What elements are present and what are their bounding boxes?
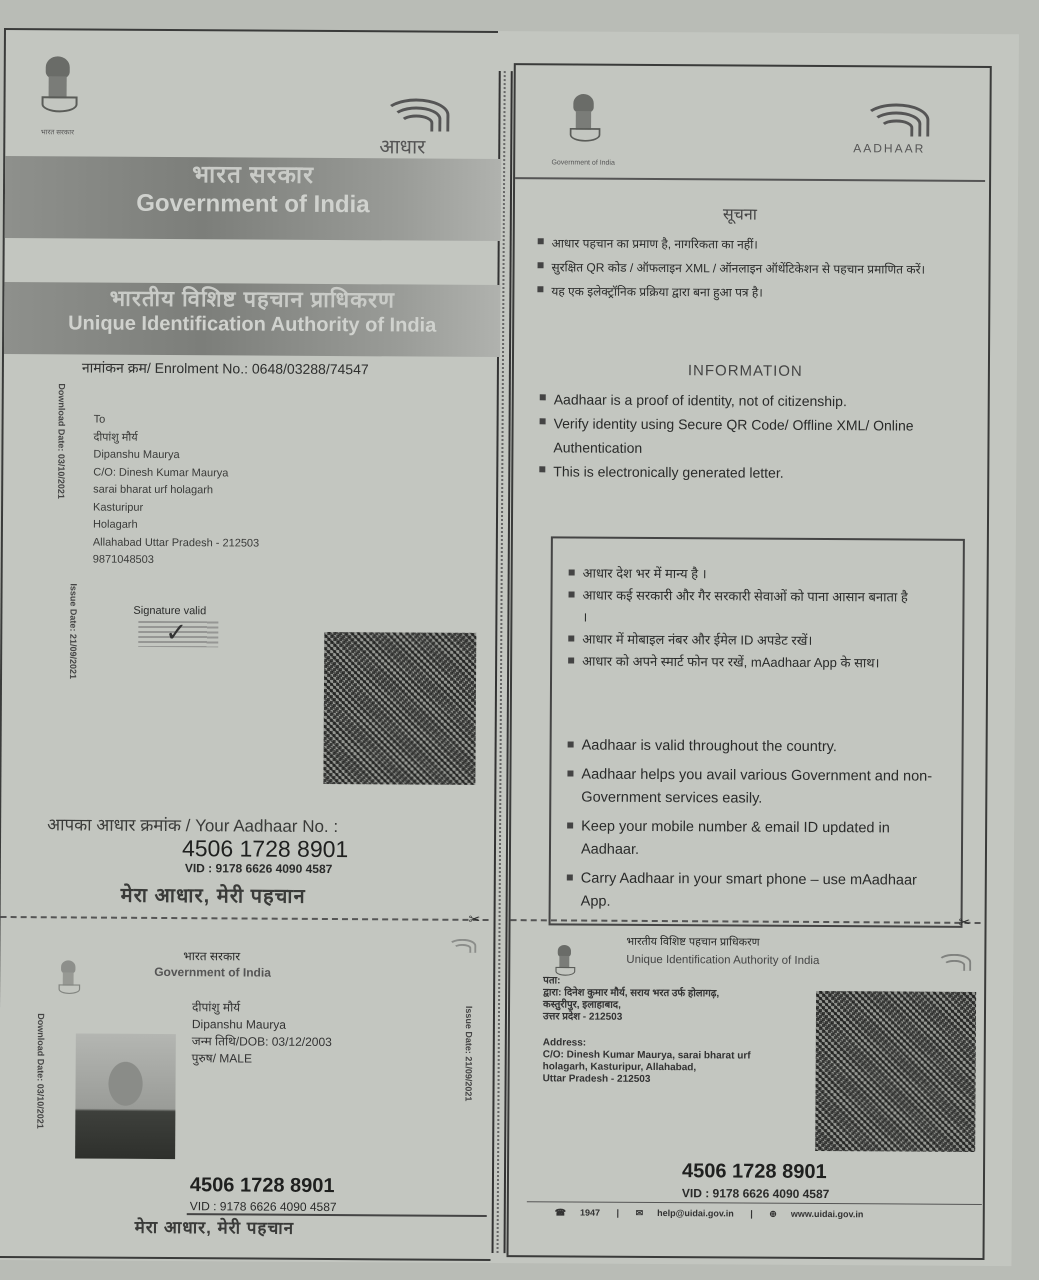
aadhaar-logo-text: आधार <box>379 132 425 159</box>
english-info-title: INFORMATION <box>688 362 803 380</box>
address-line: दीपांशु मौर्य <box>93 429 259 448</box>
scissors-icon: ✂ <box>959 914 971 931</box>
holder-name: Dipanshu Maurya <box>192 1016 332 1034</box>
enrolment-label: नामांकन क्रम/ Enrolment No.: <box>82 359 248 376</box>
list-item: Verify identity using Secure QR Code/ Of… <box>539 411 979 462</box>
hindi-info-list: आधार पहचान का प्रमाण है, नागरिकता का नही… <box>537 231 937 305</box>
contact-footer: ☎1947 | ✉help@uidai.gov.in | ⊕www.uidai.… <box>555 1207 878 1220</box>
national-emblem-icon <box>553 945 575 978</box>
address-line: द्वारा: दिनेश कुमार मौर्य, सराय भरत उर्फ… <box>543 987 719 1000</box>
list-item: यह एक इलेक्ट्रॉनिक प्रक्रिया द्वारा बना … <box>537 279 937 305</box>
list-item: Aadhaar is valid throughout the country. <box>568 734 938 759</box>
gov-hindi: भारत सरकार <box>5 156 501 192</box>
card-authority-hindi: भारतीय विशिष्ट पहचान प्राधिकरण <box>626 934 759 950</box>
aadhaar-fingerprint-logo-icon: AADHAAR <box>853 99 943 170</box>
aadhaar-letter-sheet: भारत सरकार आधार भारत सरकार Government of… <box>0 28 1019 1266</box>
address-line: 9871048503 <box>93 552 259 571</box>
list-item: आधार में मोबाइल नंबर और ईमेल ID अपडेट रख… <box>568 628 908 652</box>
phone-icon: ☎ <box>555 1207 566 1217</box>
checkmark-icon: ✓ <box>165 617 187 648</box>
slogan: मेरा आधार, मेरी पहचान <box>121 881 306 909</box>
list-item: आधार कई सरकारी और गैर सरकारी सेवाओं को प… <box>568 584 908 630</box>
website: www.uidai.gov.in <box>791 1209 864 1219</box>
help-email: help@uidai.gov.in <box>657 1208 734 1218</box>
card-slogan: मेरा आधार, मेरी पहचान <box>135 1215 295 1239</box>
list-item: सुरक्षित QR कोड / ऑफलाइन XML / ऑनलाइन ऑथ… <box>537 255 937 281</box>
aadhaar-fingerprint-logo-icon <box>933 952 973 982</box>
uidai-banner: भारतीय विशिष्ट पहचान प्राधिकरण Unique Id… <box>4 282 500 357</box>
list-item: आधार को अपने स्मार्ट फोन पर रखें, mAadha… <box>568 650 908 674</box>
gov-english: Government of India <box>5 189 501 220</box>
holder-photo <box>75 1033 176 1159</box>
card-address-hindi: पता: द्वारा: दिनेश कुमार मौर्य, सराय भरत… <box>543 975 719 1024</box>
recipient-address: To दीपांशु मौर्य Dipanshu Maurya C/O: Di… <box>93 412 260 571</box>
card-download-date: Download Date: 03/10/2021 <box>35 1013 46 1129</box>
address-line: कस्तुरीपुर, इलाहाबाद, <box>543 999 719 1012</box>
aadhaar-logo-text: AADHAAR <box>853 141 925 155</box>
card-issue-date: Issue Date: 21/09/2021 <box>463 1006 474 1102</box>
address-line: Dipanshu Maurya <box>93 447 259 466</box>
hindi-benefits-list: आधार देश भर में मान्य है । आधार कई सरकार… <box>568 562 909 674</box>
address-line: Holagarh <box>93 517 259 536</box>
card-gov-hindi: भारत सरकार <box>183 947 240 964</box>
globe-icon: ⊕ <box>769 1209 777 1219</box>
uidai-english: Unique Identification Authority of India <box>4 312 500 338</box>
list-item: Aadhaar is a proof of identity, not of c… <box>540 387 980 414</box>
list-item: Aadhaar helps you avail various Governme… <box>567 763 937 811</box>
aadhaar-fingerprint-logo-icon: आधार <box>363 92 453 163</box>
list-item: This is electronically generated letter. <box>539 459 979 486</box>
holder-name-hindi: दीपांशु मौर्य <box>192 999 332 1017</box>
card-vid: VID : 9178 6626 4090 4587 <box>190 1199 337 1214</box>
enrolment-number: नामांकन क्रम/ Enrolment No.: 0648/03288/… <box>82 358 369 379</box>
uidai-hindi: भारतीय विशिष्ट पहचान प्राधिकरण <box>4 282 500 315</box>
vid-number: VID : 9178 6626 4090 4587 <box>185 861 333 876</box>
national-emblem-icon <box>566 94 600 145</box>
scissors-icon: ✂ <box>469 911 481 928</box>
helpline-number: 1947 <box>580 1208 600 1218</box>
holder-details: दीपांशु मौर्य Dipanshu Maurya जन्म तिथि/… <box>192 999 332 1068</box>
download-date: Download Date: 03/10/2021 <box>56 383 67 499</box>
address-label-hindi: पता: <box>543 975 719 988</box>
address-line: Uttar Pradesh - 212503 <box>543 1073 751 1086</box>
aadhaar-fingerprint-logo-icon <box>446 937 476 961</box>
address-line: To <box>94 412 260 431</box>
address-line: Kasturipur <box>93 499 259 518</box>
address-line: Allahabad Uttar Pradesh - 212503 <box>93 534 259 553</box>
list-item: Carry Aadhaar in your smart phone – use … <box>567 867 937 915</box>
enrolment-value: 0648/03288/74547 <box>252 361 369 378</box>
emblem-caption: Government of India <box>538 159 628 167</box>
english-benefits-list: Aadhaar is valid throughout the country.… <box>567 734 938 915</box>
english-info-list: Aadhaar is a proof of identity, not of c… <box>539 387 980 486</box>
signature-valid-label: Signature valid <box>133 605 206 617</box>
benefits-box: आधार देश भर में मान्य है । आधार कई सरकार… <box>549 536 965 928</box>
hindi-info-title: सूचना <box>723 202 757 224</box>
address-line: sarai bharat urf holagarh <box>93 482 259 501</box>
card-authority-english: Unique Identification Authority of India <box>626 954 819 967</box>
card-aadhaar-number: 4506 1728 8901 <box>190 1174 335 1198</box>
address-line: C/O: Dinesh Kumar Maurya <box>93 464 259 483</box>
government-banner: भारत सरकार Government of India <box>5 156 501 241</box>
card-address-english: Address: C/O: Dinesh Kumar Maurya, sarai… <box>543 1037 751 1086</box>
secure-qr-code <box>323 632 476 785</box>
card-back-vid: VID : 9178 6626 4090 4587 <box>682 1186 830 1201</box>
address-line: उत्तर प्रदेश - 212503 <box>543 1011 719 1024</box>
list-item: आधार पहचान का प्रमाण है, नागरिकता का नही… <box>538 231 938 257</box>
holder-dob: जन्म तिथि/DOB: 03/12/2003 <box>192 1033 332 1051</box>
email-icon: ✉ <box>636 1208 644 1218</box>
card-gov-english: Government of India <box>154 965 271 980</box>
card-back-aadhaar-number: 4506 1728 8901 <box>682 1160 827 1184</box>
national-emblem-icon <box>37 56 77 116</box>
emblem-caption: भारत सरकार <box>27 128 87 137</box>
issue-date: Issue Date: 21/09/2021 <box>68 583 79 679</box>
aadhaar-number-label: आपका आधार क्रमांक / Your Aadhaar No. : <box>47 812 338 837</box>
card-qr-code <box>815 991 976 1152</box>
holder-gender: पुरुष/ MALE <box>192 1050 332 1068</box>
aadhaar-number: 4506 1728 8901 <box>182 835 348 863</box>
national-emblem-icon <box>56 960 80 996</box>
list-item: Keep your mobile number & email ID updat… <box>567 815 937 863</box>
list-item: आधार देश भर में मान्य है । <box>569 562 909 586</box>
